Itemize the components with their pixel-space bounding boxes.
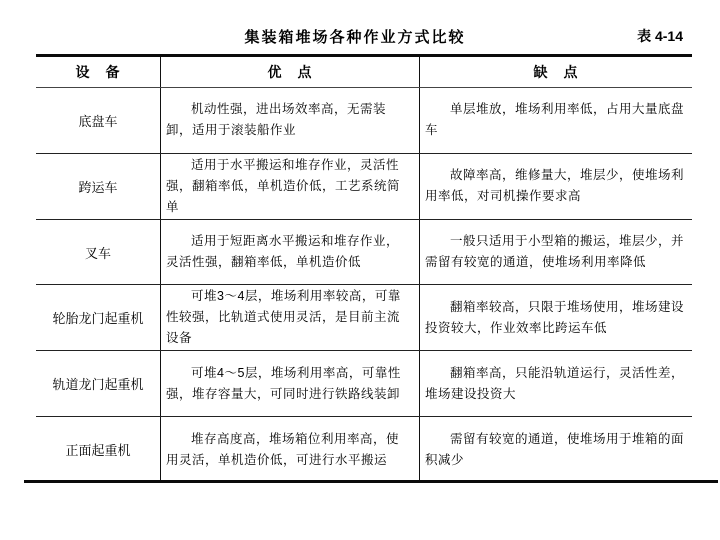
page-title: 集装箱堆场各种作业方式比较 xyxy=(244,26,465,47)
pros-cell: 适用于水平搬运和堆存作业，灵活性强，翻箱率低，单机造价低，工艺系统简单 xyxy=(160,154,419,219)
pros-text: 堆存高度高，堆场箱位利用率高，使用灵活，单机造价低，可进行水平搬运 xyxy=(161,429,419,471)
cons-cell: 翻箱率高，只能沿轨道运行，灵活性差，堆场建设投资大 xyxy=(419,351,692,416)
pros-cell: 堆存高度高，堆场箱位利用率高，使用灵活，单机造价低，可进行水平搬运 xyxy=(160,417,419,482)
table-row: 正面起重机 堆存高度高，堆场箱位利用率高，使用灵活，单机造价低，可进行水平搬运 … xyxy=(36,417,692,482)
cons-text: 故障率高，维修量大，堆层少，使堆场利用率低，对司机操作要求高 xyxy=(420,165,692,207)
table-row: 底盘车 机动性强，进出场效率高，无需装卸，适用于滚装船作业 单层堆放，堆场利用率… xyxy=(36,88,692,154)
cons-cell: 单层堆放，堆场利用率低，占用大量底盘车 xyxy=(419,88,692,153)
table-bottom-rule xyxy=(24,480,718,483)
equipment-name: 轨道龙门起重机 xyxy=(36,351,160,416)
pros-text: 可堆3～4层，堆场利用率较高，可靠性较强，比轨道式使用灵活，是目前主流设备 xyxy=(161,286,419,349)
equipment-name: 正面起重机 xyxy=(36,417,160,482)
col-header-cons: 缺 点 xyxy=(419,57,692,87)
cons-cell: 一般只适用于小型箱的搬运，堆层少，并需留有较宽的通道，使堆场利用率降低 xyxy=(419,220,692,285)
pros-cell: 机动性强，进出场效率高，无需装卸，适用于滚装船作业 xyxy=(160,88,419,153)
table-header-row: 设 备 优 点 缺 点 xyxy=(36,57,692,88)
table-row: 轨道龙门起重机 可堆4～5层，堆场利用率高，可靠性强，堆存容量大，可同时进行铁路… xyxy=(36,351,692,417)
pros-text: 机动性强，进出场效率高，无需装卸，适用于滚装船作业 xyxy=(161,99,419,141)
table-row: 轮胎龙门起重机 可堆3～4层，堆场利用率较高，可靠性较强，比轨道式使用灵活，是目… xyxy=(36,285,692,351)
cons-text: 一般只适用于小型箱的搬运，堆层少，并需留有较宽的通道，使堆场利用率降低 xyxy=(420,231,692,273)
comparison-table: 设 备 优 点 缺 点 底盘车 机动性强，进出场效率高，无需装卸，适用于滚装船作… xyxy=(36,54,692,482)
table-row: 叉车 适用于短距离水平搬运和堆存作业，灵活性强，翻箱率低，单机造价低 一般只适用… xyxy=(36,220,692,286)
cons-text: 需留有较宽的通道，使堆场用于堆箱的面积减少 xyxy=(420,429,692,471)
col-header-pros: 优 点 xyxy=(160,57,419,87)
pros-cell: 适用于短距离水平搬运和堆存作业，灵活性强，翻箱率低，单机造价低 xyxy=(160,220,419,285)
pros-cell: 可堆3～4层，堆场利用率较高，可靠性较强，比轨道式使用灵活，是目前主流设备 xyxy=(160,285,419,350)
pros-text: 可堆4～5层，堆场利用率高，可靠性强，堆存容量大，可同时进行铁路线装卸 xyxy=(161,363,419,405)
table-row: 跨运车 适用于水平搬运和堆存作业，灵活性强，翻箱率低，单机造价低，工艺系统简单 … xyxy=(36,154,692,220)
cons-cell: 故障率高，维修量大，堆层少，使堆场利用率低，对司机操作要求高 xyxy=(419,154,692,219)
table-number-label: 表 4-14 xyxy=(637,26,683,46)
cons-text: 翻箱率高，只能沿轨道运行，灵活性差，堆场建设投资大 xyxy=(420,363,692,405)
pros-text: 适用于短距离水平搬运和堆存作业，灵活性强，翻箱率低，单机造价低 xyxy=(161,231,419,273)
equipment-name: 底盘车 xyxy=(36,88,160,153)
cons-cell: 需留有较宽的通道，使堆场用于堆箱的面积减少 xyxy=(419,417,692,482)
equipment-name: 轮胎龙门起重机 xyxy=(36,285,160,350)
equipment-name: 叉车 xyxy=(36,220,160,285)
pros-cell: 可堆4～5层，堆场利用率高，可靠性强，堆存容量大，可同时进行铁路线装卸 xyxy=(160,351,419,416)
cons-cell: 翻箱率较高，只限于堆场使用，堆场建设投资较大，作业效率比跨运车低 xyxy=(419,285,692,350)
scanned-document-page: 集装箱堆场各种作业方式比较 表 4-14 设 备 优 点 缺 点 底盘车 机动性… xyxy=(0,0,720,540)
col-header-equipment: 设 备 xyxy=(36,57,160,87)
cons-text: 翻箱率较高，只限于堆场使用，堆场建设投资较大，作业效率比跨运车低 xyxy=(420,297,692,339)
table-caption-row: 集装箱堆场各种作业方式比较 表 4-14 xyxy=(0,26,720,48)
cons-text: 单层堆放，堆场利用率低，占用大量底盘车 xyxy=(420,99,692,141)
pros-text: 适用于水平搬运和堆存作业，灵活性强，翻箱率低，单机造价低，工艺系统简单 xyxy=(161,155,419,218)
equipment-name: 跨运车 xyxy=(36,154,160,219)
